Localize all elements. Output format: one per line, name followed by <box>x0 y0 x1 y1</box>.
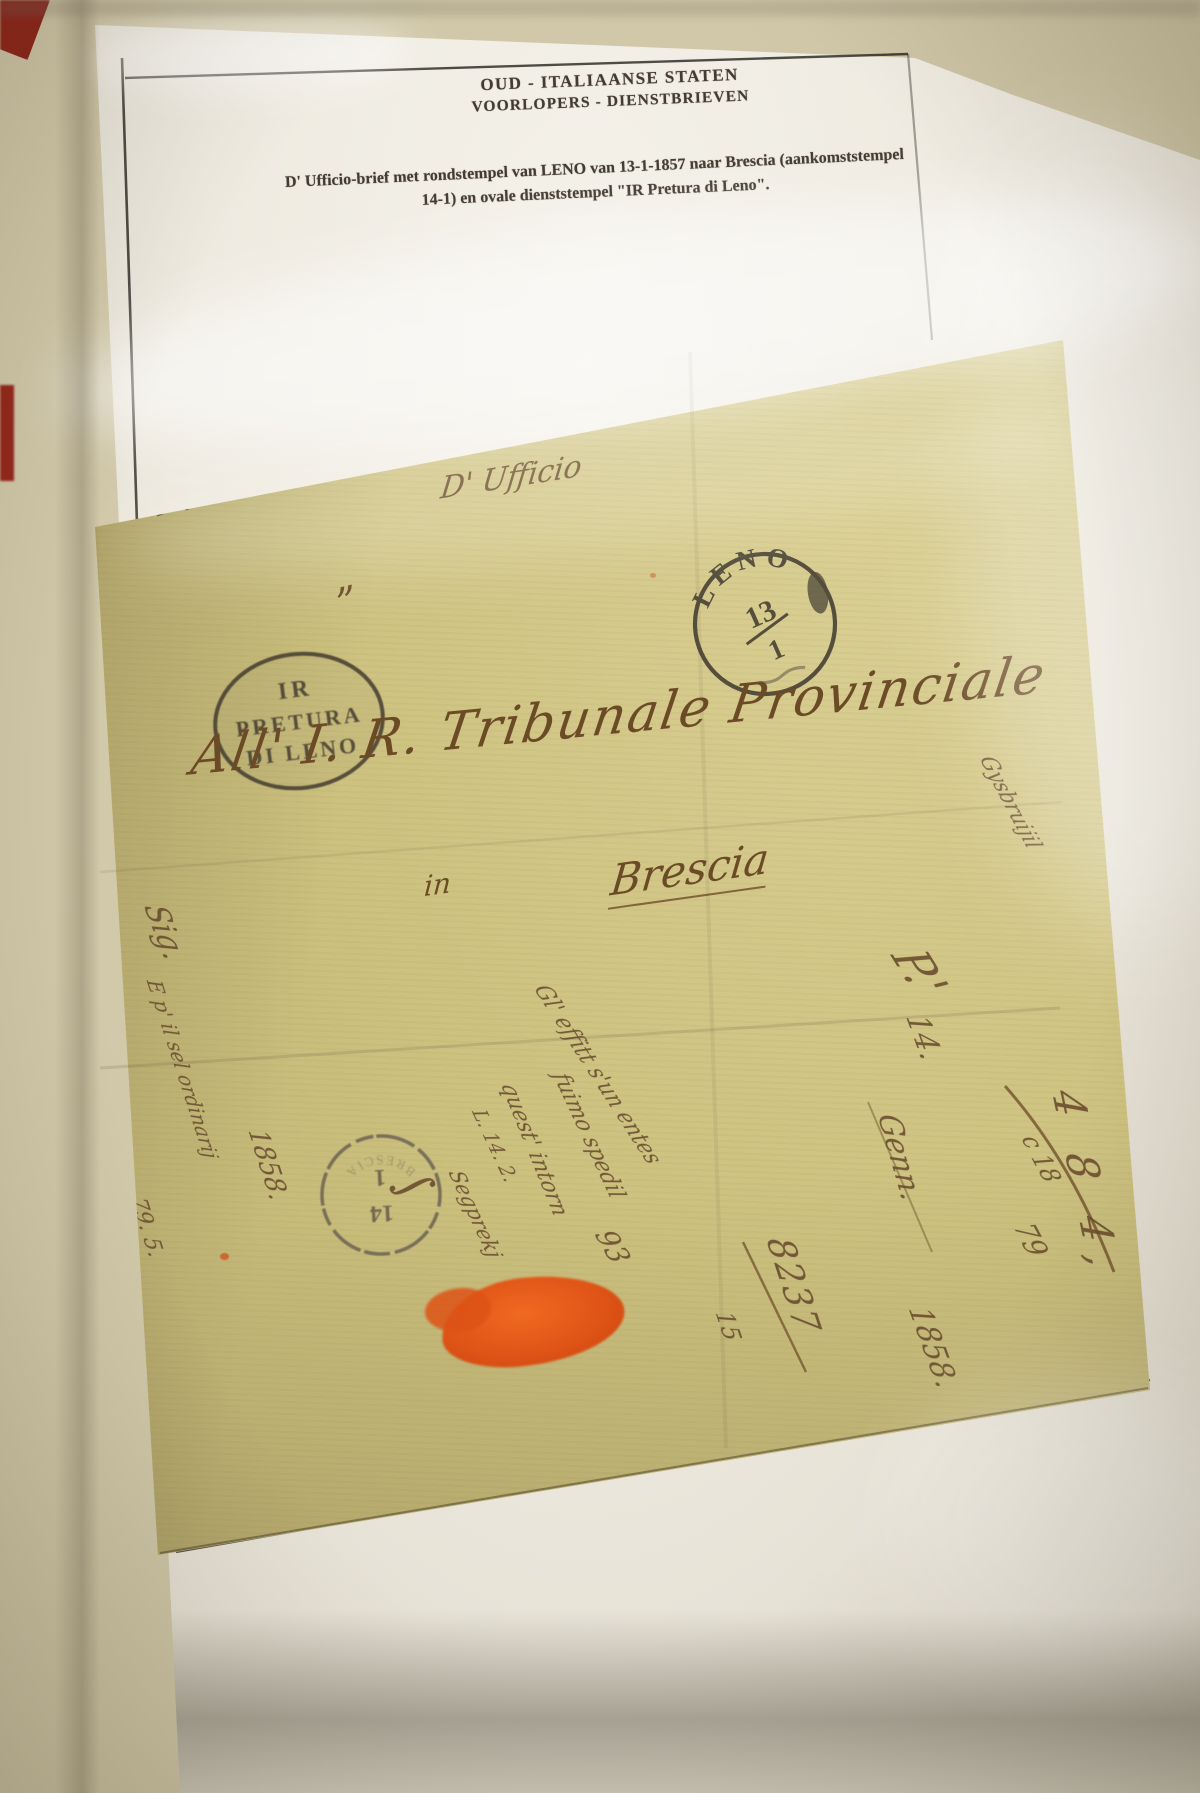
note-presentation-month: Genn. <box>870 1114 931 1202</box>
dufficio-note: D' Ufficio <box>439 448 584 506</box>
note-right-diagonal: Gysbruijil <box>974 755 1081 914</box>
note-left-line3: 1858. <box>240 1129 294 1202</box>
note-ref-year: 79 <box>1006 1220 1056 1260</box>
svg-text:14: 14 <box>369 1199 394 1226</box>
ink-smudge <box>805 570 831 615</box>
svg-text:IR: IR <box>276 675 314 705</box>
address-city: Brescia <box>608 833 772 910</box>
wax-speck <box>650 573 656 578</box>
note-registry-small: 15 <box>709 1310 747 1342</box>
ditto-mark: „ <box>327 553 358 603</box>
note-left-line1: Sig. <box>135 904 194 961</box>
postal-cover: № 90. „ D' Ufficio LENO 13 1 <box>85 330 1165 1570</box>
note-presentation-day: 14. <box>898 1013 950 1062</box>
note-registry-large: 8237 <box>757 1236 829 1335</box>
note-presentation-p: P.' <box>879 944 960 999</box>
note-presentation-year: 1858. <box>900 1305 965 1389</box>
arrival-postmark: 14 1 BRESCIA <box>306 1120 456 1270</box>
note-93: 93 <box>588 1226 639 1266</box>
svg-text:1: 1 <box>764 633 789 667</box>
wax-speck <box>220 1253 229 1260</box>
address-preposition: in <box>423 866 452 903</box>
photo-of-album-page: OUD - ITALIAANSE STATEN VOORLOPERS - DIE… <box>0 0 1200 1793</box>
svg-text:13: 13 <box>740 593 781 635</box>
